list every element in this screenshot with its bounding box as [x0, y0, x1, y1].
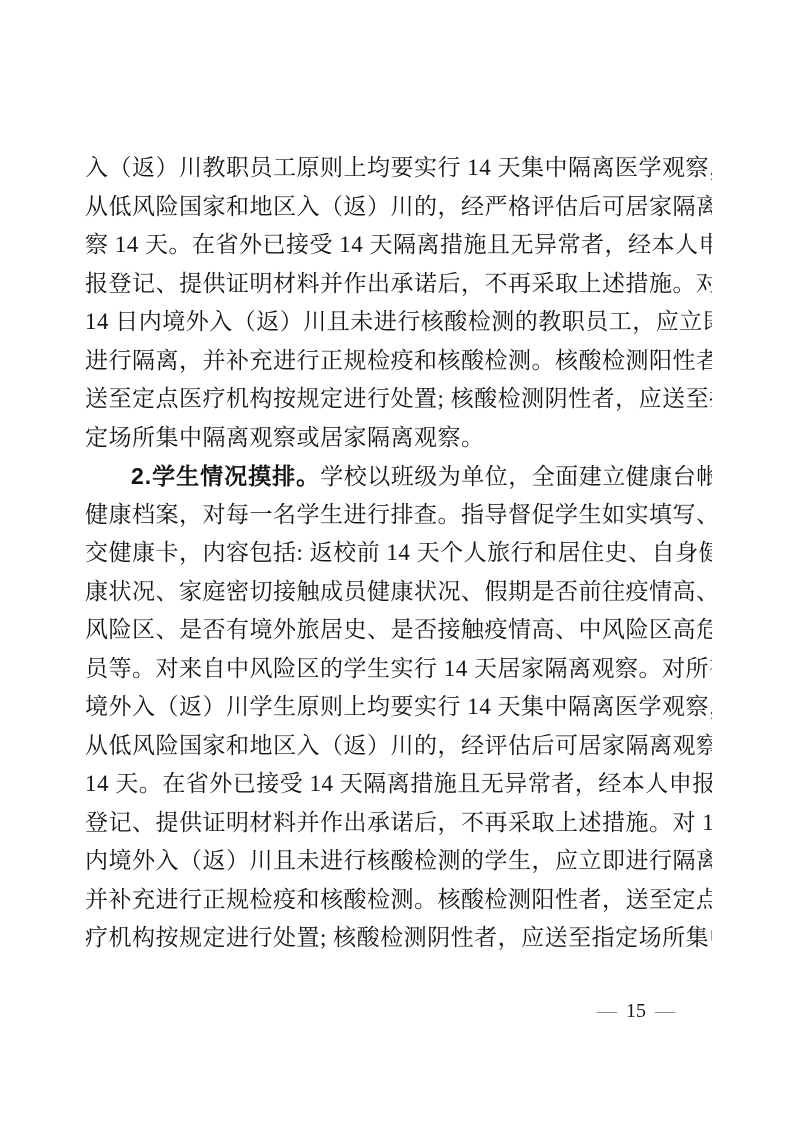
text-line: 员等。对来自中风险区的学生实行 14 天居家隔离观察。对所有 [85, 650, 712, 689]
text-line: 登记、提供证明材料并作出承诺后，不再采取上述措施。对 14 日 [85, 804, 712, 843]
text-run: 学校以班级为单位，全面建立健康台帐和 [320, 464, 712, 489]
text-line: 疗机构按规定进行处置; 核酸检测阴性者，应送至指定场所集中 [85, 919, 712, 958]
text-line: 入（返）川教职员工原则上均要实行 14 天集中隔离医学观察， [85, 149, 712, 188]
text-line: 从低风险国家和地区入（返）川的，经评估后可居家隔离观察 [85, 727, 712, 766]
text-line: 内境外入（返）川且未进行核酸检测的学生，应立即进行隔离， [85, 842, 712, 881]
text-line: 交健康卡，内容包括: 返校前 14 天个人旅行和居住史、自身健 [85, 534, 712, 573]
document-page: 入（返）川教职员工原则上均要实行 14 天集中隔离医学观察， 从低风险国家和地区… [0, 0, 793, 1122]
section-heading: 2.学生情况摸排。 [131, 463, 320, 489]
text-line: 境外入（返）川学生原则上均要实行 14 天集中隔离医学观察， [85, 688, 712, 727]
text-line: 14 天。在省外已接受 14 天隔离措施且无异常者，经本人申报 [85, 765, 712, 804]
page-number-value: 15 [626, 999, 646, 1023]
page-number: — 15 — [597, 999, 675, 1023]
text-line: 察 14 天。在省外已接受 14 天隔离措施且无异常者，经本人申 [85, 226, 712, 265]
text-line: 报登记、提供证明材料并作出承诺后，不再采取上述措施。对 [85, 265, 712, 304]
text-line: 定场所集中隔离观察或居家隔离观察。 [85, 419, 712, 458]
text-line: 进行隔离，并补充进行正规检疫和核酸检测。核酸检测阳性者， [85, 342, 712, 381]
text-line: 送至定点医疗机构按规定进行处置; 核酸检测阴性者，应送至指 [85, 380, 712, 419]
body-text: 入（返）川教职员工原则上均要实行 14 天集中隔离医学观察， 从低风险国家和地区… [85, 149, 712, 958]
text-line: 从低风险国家和地区入（返）川的，经严格评估后可居家隔离观 [85, 188, 712, 227]
text-line: 并补充进行正规检疫和核酸检测。核酸检测阳性者，送至定点医 [85, 881, 712, 920]
text-line: 风险区、是否有境外旅居史、是否接触疫情高、中风险区高危人 [85, 611, 712, 650]
text-line-paragraph-start: 2.学生情况摸排。学校以班级为单位，全面建立健康台帐和 [85, 457, 712, 496]
page-number-dash-right: — [655, 999, 675, 1023]
text-line: 康状况、家庭密切接触成员健康状况、假期是否前往疫情高、中 [85, 573, 712, 612]
text-line: 健康档案，对每一名学生进行排查。指导督促学生如实填写、提 [85, 496, 712, 535]
page-number-dash-left: — [597, 999, 617, 1023]
text-line: 14 日内境外入（返）川且未进行核酸检测的教职员工，应立即 [85, 303, 712, 342]
